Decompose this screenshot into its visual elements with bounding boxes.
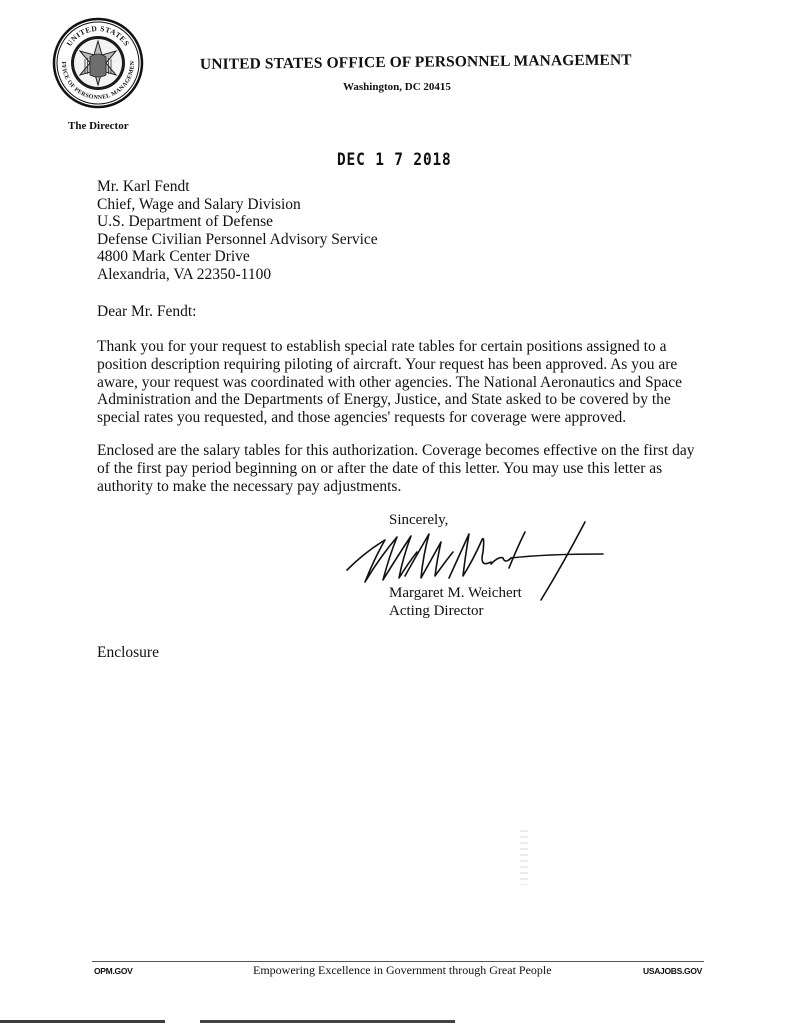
signer-name: Margaret M. Weichert: [389, 585, 522, 602]
date-stamp: DEC 1 7 2018: [337, 150, 452, 170]
agency-address: Washington, DC 20415: [343, 81, 451, 93]
paragraph-line: Enclosed are the salary tables for this …: [97, 442, 709, 460]
recipient-address-block: Mr. Karl Fendt Chief, Wage and Salary Di…: [97, 178, 378, 283]
body-paragraph-1: Thank you for your request to establish …: [97, 338, 709, 427]
footer-opm-link: OPM.GOV: [94, 966, 133, 976]
opm-seal-icon: UNITED STATES OFFICE OF PERSONNEL MANAGE…: [52, 17, 144, 109]
agency-name: UNITED STATES OFFICE OF PERSONNEL MANAGE…: [200, 51, 632, 74]
body-paragraph-2: Enclosed are the salary tables for this …: [97, 442, 709, 495]
enclosure-label: Enclosure: [97, 644, 159, 662]
scan-artifact: [520, 830, 528, 885]
scan-edge-artifact: [200, 1020, 455, 1023]
recipient-city: Alexandria, VA 22350-1100: [97, 266, 378, 284]
recipient-title: Chief, Wage and Salary Division: [97, 196, 378, 214]
recipient-street: 4800 Mark Center Drive: [97, 248, 378, 266]
footer-usajobs-link: USAJOBS.GOV: [643, 966, 702, 976]
paragraph-line: authority to make the necessary pay adju…: [97, 478, 709, 496]
recipient-service: Defense Civilian Personnel Advisory Serv…: [97, 231, 378, 249]
recipient-department: U.S. Department of Defense: [97, 213, 378, 231]
office-label: The Director: [68, 120, 129, 132]
footer-tagline: Empowering Excellence in Government thro…: [253, 963, 552, 978]
paragraph-line: Thank you for your request to establish …: [97, 338, 709, 356]
scan-edge-artifact: [0, 1020, 165, 1023]
paragraph-line: aware, your request was coordinated with…: [97, 374, 709, 392]
signer-title: Acting Director: [389, 603, 484, 620]
paragraph-line: Administration and the Departments of En…: [97, 391, 709, 409]
recipient-name: Mr. Karl Fendt: [97, 178, 378, 196]
paragraph-line: special rates you requested, and those a…: [97, 409, 709, 427]
paragraph-line: of the first pay period beginning on or …: [97, 460, 709, 478]
salutation: Dear Mr. Fendt:: [97, 303, 196, 321]
paragraph-line: position description requiring piloting …: [97, 356, 709, 374]
footer-divider: [92, 961, 704, 962]
